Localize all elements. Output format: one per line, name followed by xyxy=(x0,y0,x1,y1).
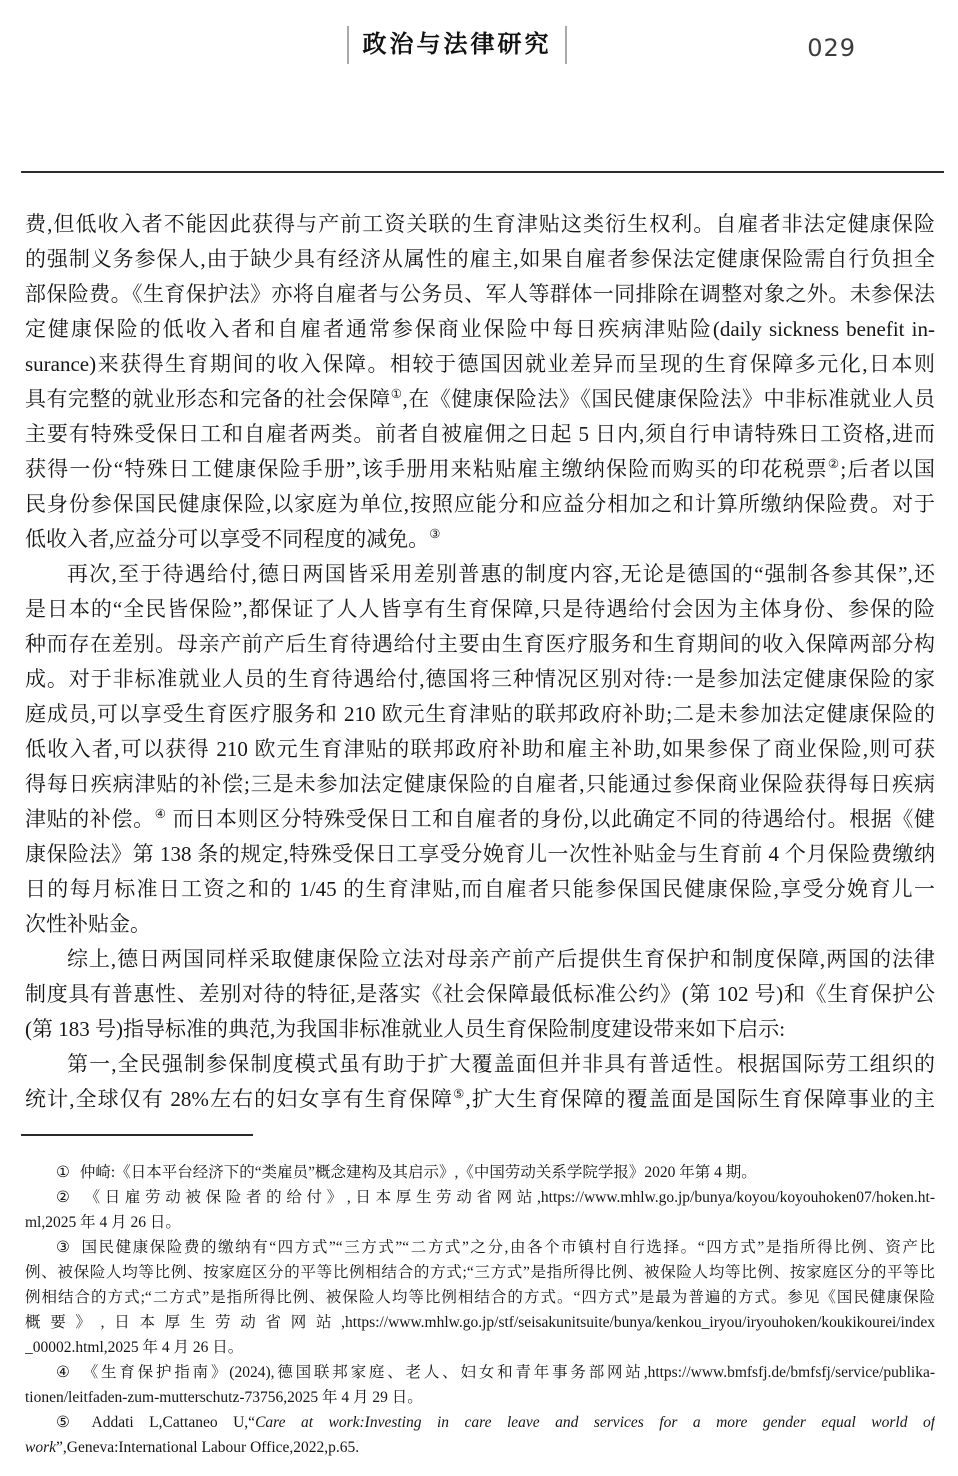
text-line: 具有完整的就业形态和完备的社会保障①,在《健康保险法》《国民健康保险法》中非标准… xyxy=(25,382,935,417)
footnote-line: 例相结合的方式;“二方式”是指所得比例、被保险人均等比例相结合的方式。“四方式”… xyxy=(25,1285,935,1310)
text-line: 综上,德日两国同样采取健康保险立法对母亲产前产后提供生育保护和制度保障,两国的法… xyxy=(25,942,935,977)
text-line: 日的每月标准日工资之和的 1/45 的生育津贴,而自雇者只能参保国民健康保险,享… xyxy=(25,872,935,907)
footnote-line: _00002.html,2025 年 4 月 26 日。 xyxy=(25,1335,935,1360)
text-line: 获得一份“特殊日工健康保险手册”,该手册用来粘贴雇主缴纳保险而购买的印花税票②;… xyxy=(25,452,935,487)
page-header: 政治与法律研究 029 xyxy=(0,26,958,70)
footnote-marker: ⑤ xyxy=(56,1414,82,1431)
footnote-line: ③国民健康保险费的缴纳有“四方式”“三方式”“二方式”之分,由各个市镇村自行选择… xyxy=(25,1235,935,1260)
text-line: 康保险法》第 138 条的规定,特殊受保日工享受分娩育儿一次性补贴金与生育前 4… xyxy=(25,837,935,872)
footnote-rule xyxy=(21,1134,253,1136)
footnote-line: ④《生育保护指南》(2024),德国联邦家庭、老人、妇女和青年事务部网站,htt… xyxy=(25,1360,935,1385)
footnote-ref: ④ xyxy=(155,807,167,821)
footnote-marker: ③ xyxy=(56,1239,71,1256)
text-line: 成。对于非标准就业人员的生育待遇给付,德国将三种情况区别对待:一是参加法定健康保… xyxy=(25,662,935,697)
text-line: 津贴的补偿。④ 而日本则区分特殊受保日工和自雇者的身份,以此确定不同的待遇给付。… xyxy=(25,802,935,837)
text-line: surance)来获得生育期间的收入保障。相较于德国因就业差异而呈现的生育保障多… xyxy=(25,347,935,382)
journal-section-title: 政治与法律研究 xyxy=(348,26,567,64)
footnote-ref: ① xyxy=(391,387,403,401)
text-line: 低收入者,可以获得 210 欧元生育津贴的联邦政府补助和雇主补助,如果参保了商业… xyxy=(25,732,935,767)
footnotes: ①仲崎:《日本平台经济下的“类雇员”概念建构及其启示》,《中国劳动关系学院学报》… xyxy=(25,1160,935,1460)
header-rule xyxy=(21,171,944,173)
body-paragraph: 综上,德日两国同样采取健康保险立法对母亲产前产后提供生育保护和制度保障,两国的法… xyxy=(25,942,935,1047)
body-paragraph: 第一,全民强制参保制度模式虽有助于扩大覆盖面但并非具有普适性。根据国际劳工组织的… xyxy=(25,1047,935,1117)
text-line: 低收入者,应益分可以享受不同程度的减免。③ xyxy=(25,522,935,557)
footnote-marker: ④ xyxy=(56,1364,73,1381)
footnote-ref: ③ xyxy=(429,527,440,541)
text-line: 得每日疾病津贴的补偿;三是未参加法定健康保险的自雇者,只能通过参保商业保险获得每… xyxy=(25,767,935,802)
text-line: 再次,至于待遇给付,德日两国皆采用差别普惠的制度内容,无论是德国的“强制各参其保… xyxy=(25,557,935,592)
body-paragraph: 再次,至于待遇给付,德日两国皆采用差别普惠的制度内容,无论是德国的“强制各参其保… xyxy=(25,557,935,942)
footnote-line: ①仲崎:《日本平台经济下的“类雇员”概念建构及其启示》,《中国劳动关系学院学报》… xyxy=(25,1160,935,1185)
footnote-line: ②《日雇劳动被保险者的给付》,日本厚生劳动省网站,https://www.mhl… xyxy=(25,1185,935,1210)
footnote-ref: ⑤ xyxy=(453,1087,465,1101)
text-line: 部保险费。《生育保护法》亦将自雇者与公务员、军人等群体一同排除在调整对象之外。未… xyxy=(25,277,935,312)
footnote-ref: ② xyxy=(828,457,840,471)
footnote-line: 例、被保险人均等比例、按家庭区分的平等比例相结合的方式;“三方式”是指所得比例、… xyxy=(25,1260,935,1285)
text-line: 主要有特殊受保日工和自雇者两类。前者自被雇佣之日起 5 日内,须自行申请特殊日工… xyxy=(25,417,935,452)
footnote-line: tionen/leitfaden-zum-mutterschutz-73756,… xyxy=(25,1385,935,1410)
footnote-line: 概要》,日本厚生劳动省网站,https://www.mhlw.go.jp/stf… xyxy=(25,1310,935,1335)
text-line: 制度具有普惠性、差别对待的特征,是落实《社会保障最低标准公约》(第 102 号)… xyxy=(25,977,935,1012)
text-line: (第 183 号)指导标准的典范,为我国非标准就业人员生育保险制度建设带来如下启… xyxy=(25,1012,935,1047)
body-paragraph: 费,但低收入者不能因此获得与产前工资关联的生育津贴这类衍生权利。自雇者非法定健康… xyxy=(25,207,935,557)
footnote-line: ml,2025 年 4 月 26 日。 xyxy=(25,1210,935,1235)
text-line: 是日本的“全民皆保险”,都保证了人人皆享有生育保障,只是待遇给付会因为主体身份、… xyxy=(25,592,935,627)
page-number: 029 xyxy=(807,34,856,62)
text-line: 定健康保险的低收入者和自雇者通常参保商业保险中每日疾病津贴险(daily sic… xyxy=(25,312,935,347)
text-line: 种而存在差别。母亲产前产后生育待遇给付主要由生育医疗服务和生育期间的收入保障两部… xyxy=(25,627,935,662)
text-line: 费,但低收入者不能因此获得与产前工资关联的生育津贴这类衍生权利。自雇者非法定健康… xyxy=(25,207,935,242)
text-line: 庭成员,可以享受生育医疗服务和 210 欧元生育津贴的联邦政府补助;二是未参加法… xyxy=(25,697,935,732)
footnote-line: work”,Geneva:International Labour Office… xyxy=(25,1435,935,1460)
document-page: 政治与法律研究 029 费,但低收入者不能因此获得与产前工资关联的生育津贴这类衍… xyxy=(0,0,958,1476)
footnote-marker: ② xyxy=(56,1189,75,1206)
text-line: 次性补贴金。 xyxy=(25,907,935,942)
text-line: 第一,全民强制参保制度模式虽有助于扩大覆盖面但并非具有普适性。根据国际劳工组织的 xyxy=(25,1047,935,1082)
article-body: 费,但低收入者不能因此获得与产前工资关联的生育津贴这类衍生权利。自雇者非法定健康… xyxy=(25,207,935,1117)
text-line: 民身份参保国民健康保险,以家庭为单位,按照应能分和应益分相加之和计算所缴纳保险费… xyxy=(25,487,935,522)
footnote-line: ⑤Addati L,Cattaneo U,“Care at work:Inves… xyxy=(25,1410,935,1435)
text-line: 统计,全球仅有 28%左右的妇女享有生育保障⑤,扩大生育保障的覆盖面是国际生育保… xyxy=(25,1082,935,1117)
text-line: 的强制义务参保人,由于缺少具有经济从属性的雇主,如果自雇者参保法定健康保险需自行… xyxy=(25,242,935,277)
footnote-marker: ① xyxy=(56,1164,70,1181)
